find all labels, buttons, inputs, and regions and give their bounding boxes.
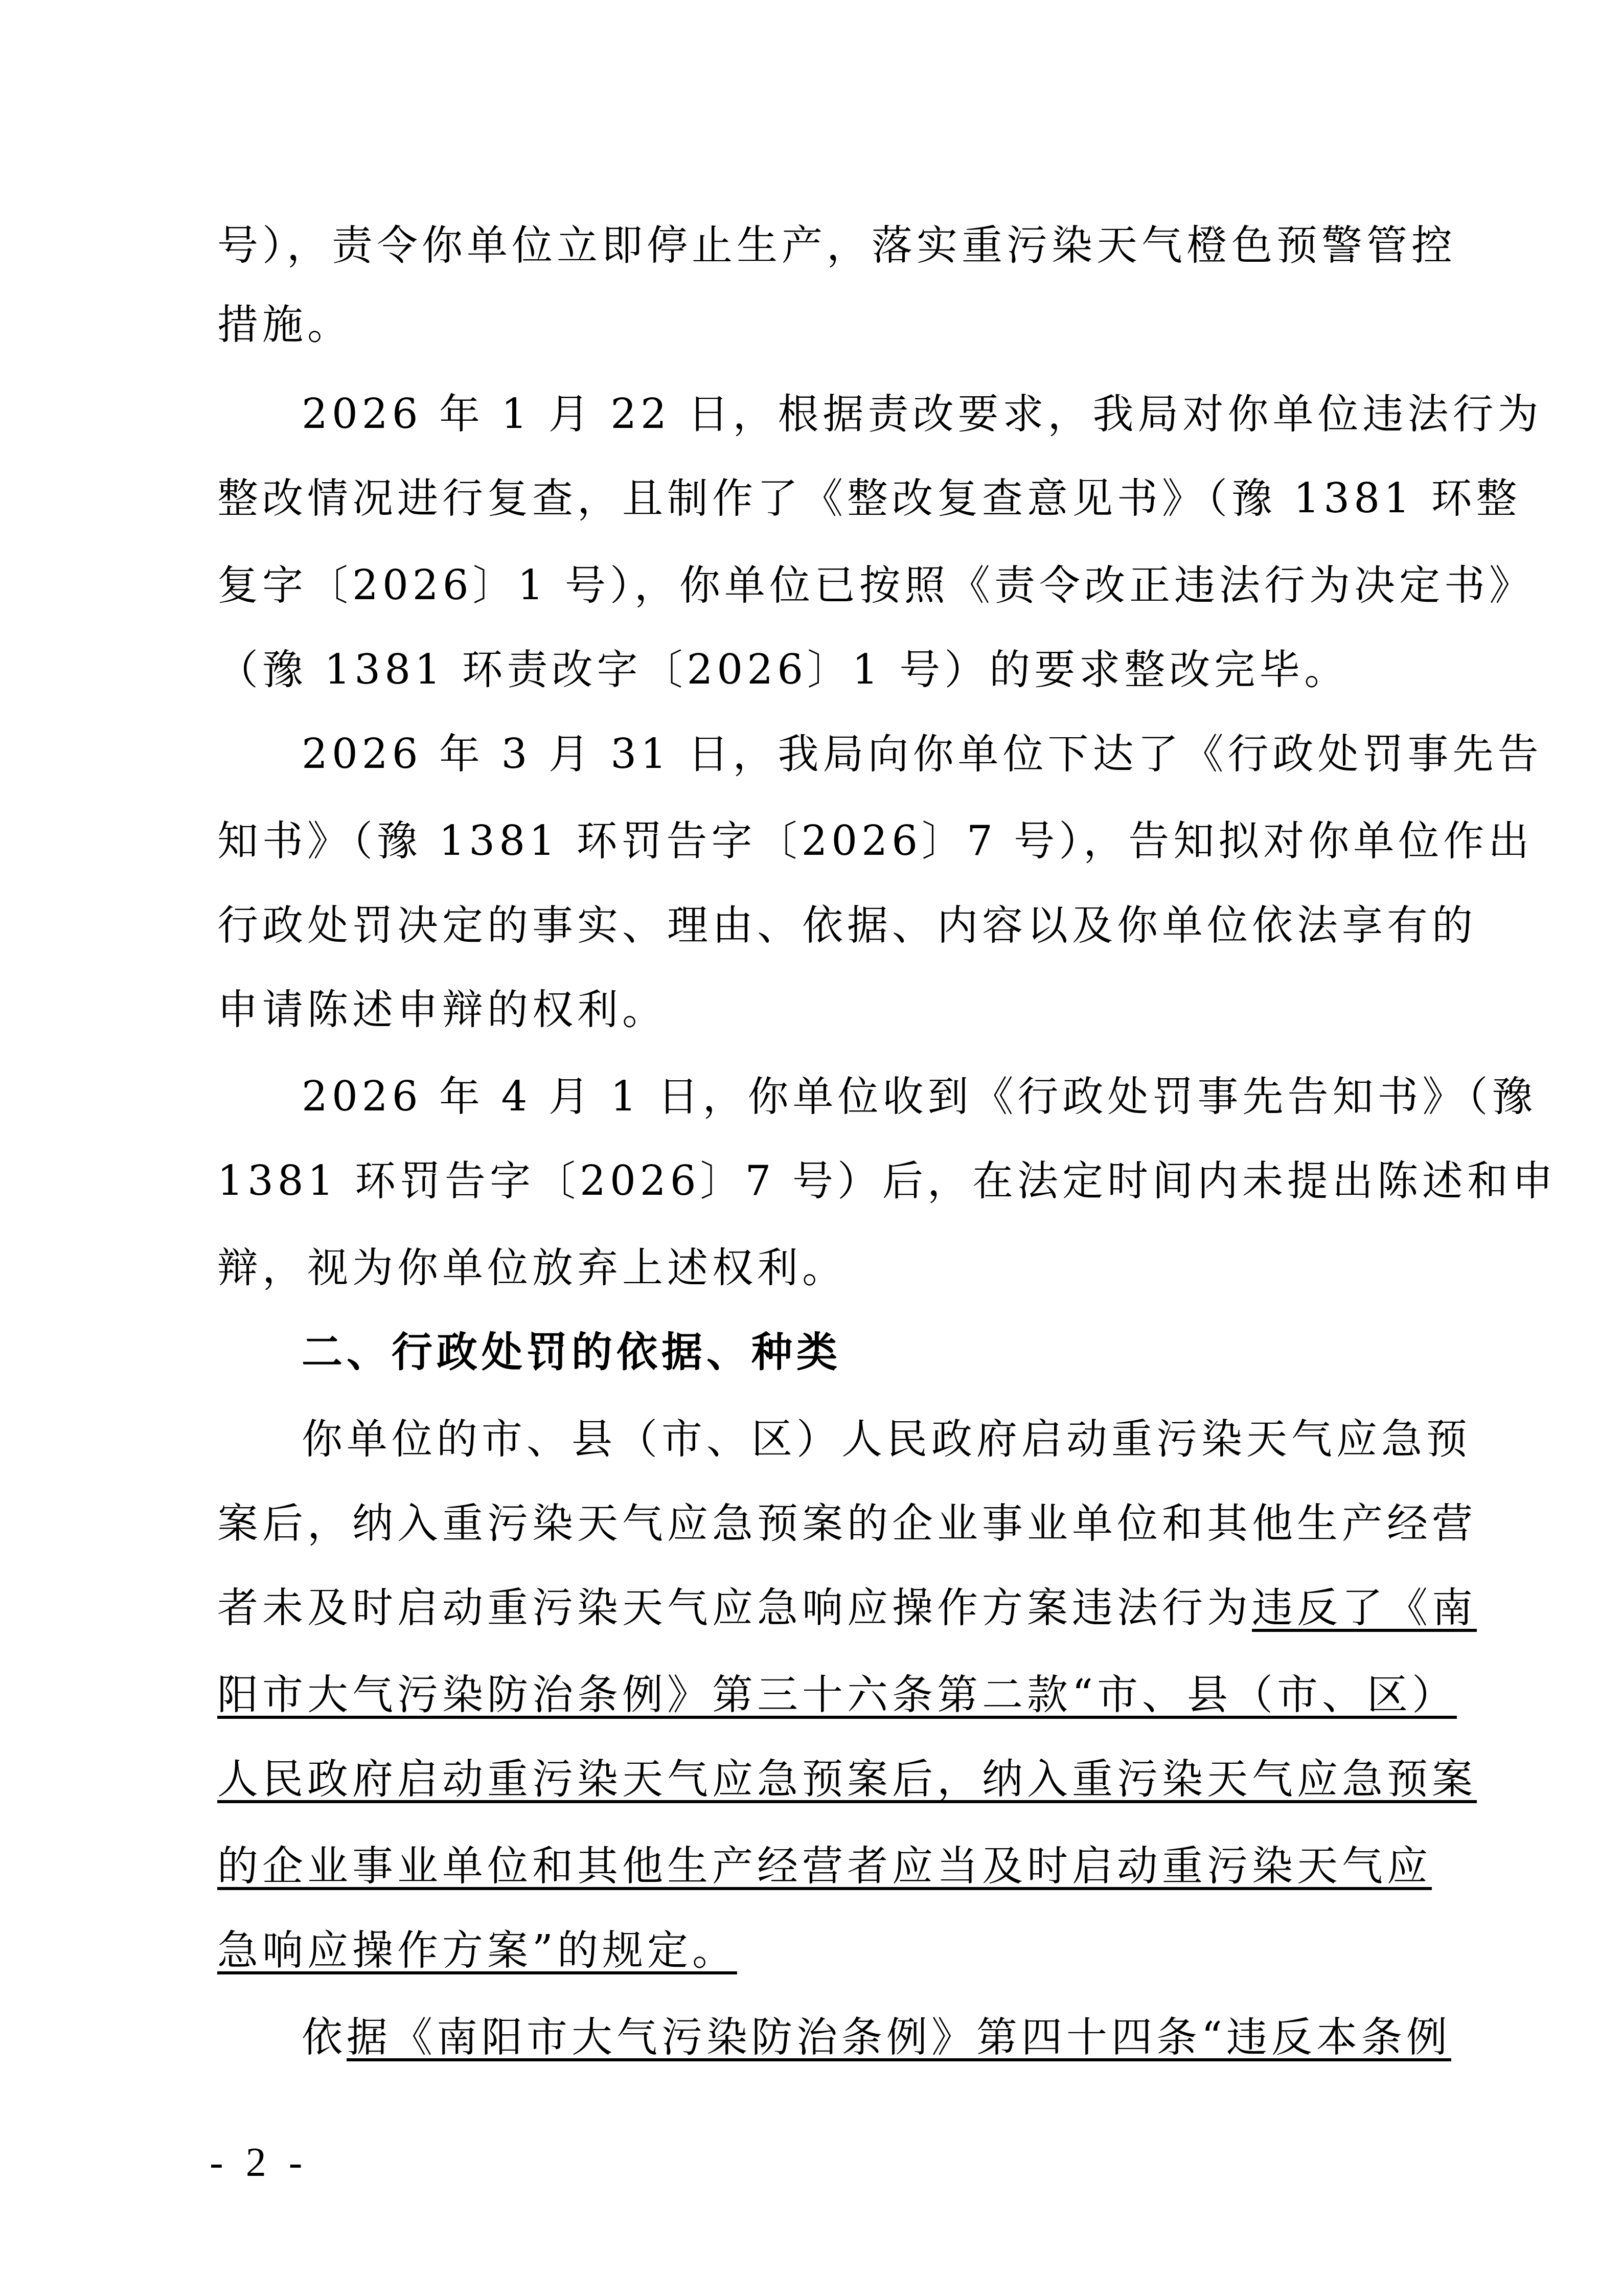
text-line: 你单位的市、县（市、区）人民政府启动重污染天气应急预 — [302, 1411, 1424, 1467]
text-line: 者未及时启动重污染天气应急响应操作方案违法行为违反了《南 — [217, 1580, 1424, 1636]
text-line: 辩，视为你单位放弃上述权利。 — [217, 1240, 1424, 1296]
text-line: 依据《南阳市大气污染防治条例》第四十四条“违反本条例 — [302, 2009, 1424, 2065]
text-line: 整改情况进行复查，且制作了《整改复查意见书》（豫 1381 环整 — [217, 470, 1424, 527]
text-line: 行政处罚决定的事实、理由、依据、内容以及你单位依法享有的 — [217, 897, 1424, 953]
text-line: （豫 1381 环责改字〔2026〕1 号）的要求整改完毕。 — [217, 642, 1424, 698]
text-line: 2026 年 4 月 1 日，你单位收到《行政处罚事先告知书》（豫 — [302, 1069, 1424, 1125]
text-line: 急响应操作方案”的规定。 — [217, 1922, 1424, 1979]
text-line: 1381 环罚告字〔2026〕7 号）后，在法定时间内未提出陈述和申 — [217, 1153, 1424, 1209]
text-line: 申请陈述申辩的权利。 — [217, 982, 1424, 1038]
section-heading: 二、行政处罚的依据、种类 — [302, 1324, 1424, 1380]
text-span: 者未及时启动重污染天气应急响应操作方案违法行为 — [217, 1584, 1252, 1631]
document-page: 号），责令你单位立即停止生产，落实重污染天气橙色预警管控 措施。 2026 年 … — [0, 0, 1622, 2296]
text-line: 复字〔2026〕1 号），你单位已按照《责令改正违法行为决定书》 — [217, 557, 1424, 613]
underlined-legal-citation: 阳市大气污染防治条例》第三十六条第二款“市、县（市、区） — [217, 1667, 1424, 1723]
text-span: 依 — [302, 2013, 347, 2061]
text-line: 案后，纳入重污染天气应急预案的企业事业单位和其他生产经营 — [217, 1495, 1424, 1552]
underlined-legal-citation: 据《南阳市大气污染防治条例》第四十四条“违反本条例 — [347, 2013, 1451, 2061]
text-line: 号），责令你单位立即停止生产，落实重污染天气橙色预警管控 — [217, 217, 1424, 274]
text-line: 知书》（豫 1381 环罚告字〔2026〕7 号），告知拟对你单位作出 — [217, 813, 1424, 869]
text-line: 2026 年 1 月 22 日，根据责改要求，我局对你单位违法行为 — [302, 386, 1424, 442]
text-line: 2026 年 3 月 31 日，我局向你单位下达了《行政处罚事先告 — [302, 726, 1424, 782]
page-number: - 2 - — [210, 2137, 308, 2188]
underlined-legal-citation: 人民政府启动重污染天气应急预案后，纳入重污染天气应急预案 — [217, 1751, 1424, 1807]
text-line: 措施。 — [217, 297, 1424, 353]
underlined-legal-citation: 违反了《南 — [1252, 1584, 1477, 1631]
underlined-legal-citation: 的企业事业单位和其他生产经营者应当及时启动重污染天气应 — [217, 1838, 1424, 1894]
underlined-legal-citation: 急响应操作方案”的规定。 — [217, 1926, 737, 1974]
